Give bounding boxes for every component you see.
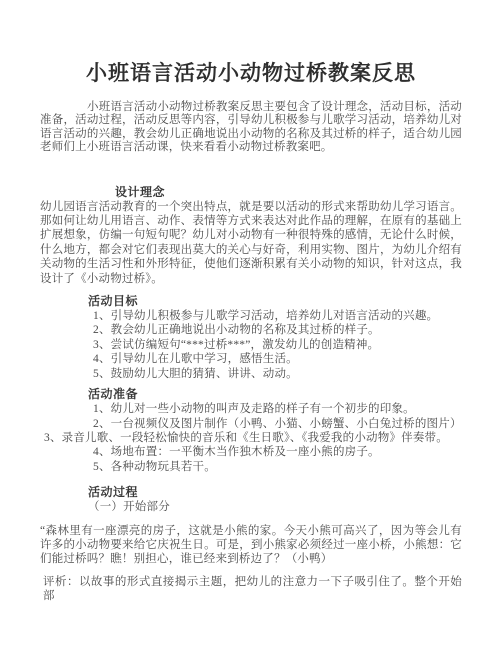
goal-item-5: 5、鼓励幼儿大胆的猜猜、讲讲、动动。 — [93, 367, 462, 381]
goal-item-2: 2、教会幼儿正确地说出小动物的名称及其过桥的样子。 — [93, 323, 462, 337]
preparation-item-5: 5、各种动物玩具若干。 — [93, 460, 462, 474]
preparation-list: 1、幼儿对一些小动物的叫声及走路的样子有一个初步的印象。 2、一台视频仪及图片制… — [40, 402, 462, 474]
goal-item-1: 1、引导幼儿积极参与儿歌学习活动，培养幼儿对语言活动的兴趣。 — [93, 309, 462, 323]
process-comment-paragraph: 评析：以故事的形式直接揭示主题，把幼儿的注意力一下子吸引住了。整个开始部 — [43, 575, 462, 604]
document-title: 小班语言活动小动物过桥教案反思 — [40, 57, 462, 87]
design-concept-paragraph: 幼儿园语言活动教育的一个突出特点，就是要以活动的形式来帮助幼儿学习语言。那如何让… — [40, 200, 462, 286]
section-heading-process: 活动过程 — [88, 483, 462, 500]
goals-list: 1、引导幼儿积极参与儿歌学习活动，培养幼儿对语言活动的兴趣。 2、教会幼儿正确地… — [40, 309, 462, 381]
process-subheading: （一）开始部分 — [88, 500, 462, 514]
preparation-item-2: 2、一台视频仪及图片制作（小鸭、小猫、小螃蟹、小白兔过桥的图片） — [93, 417, 462, 431]
intro-paragraph: 小班语言活动小动物过桥教案反思主要包含了设计理念，活动目标，活动准备，活动过程，… — [40, 101, 462, 155]
preparation-item-4: 4、场地布置：一平衡木当作独木桥及一座小熊的房子。 — [93, 445, 462, 459]
process-story-paragraph: “森林里有一座漂亮的房子，这就是小熊的家。今天小熊可高兴了，因为等会儿有许多的小… — [40, 524, 462, 567]
goal-item-3: 3、尝试仿编短句“***过桥***”，激发幼儿的创造精神。 — [93, 338, 462, 352]
preparation-item-3: 3、录音儿歌、一段轻松愉快的音乐和《生日歌》、《我爱我的小动物》伴奏带。 — [44, 431, 462, 445]
goal-item-4: 4、引导幼儿在儿歌中学习，感悟生活。 — [93, 352, 462, 366]
section-heading-design-concept: 设计理念 — [115, 183, 462, 200]
section-heading-goals: 活动目标 — [88, 292, 462, 309]
section-heading-preparation: 活动准备 — [88, 385, 462, 402]
preparation-item-1: 1、幼儿对一些小动物的叫声及走路的样子有一个初步的印象。 — [93, 402, 462, 416]
document-page: 小班语言活动小动物过桥教案反思 小班语言活动小动物过桥教案反思主要包含了设计理念… — [0, 0, 500, 647]
